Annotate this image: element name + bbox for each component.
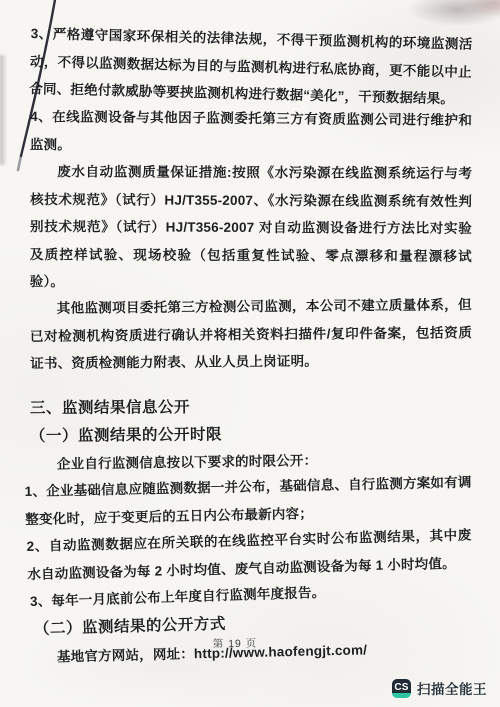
scanned-document-page: 3、严格遵守国家环保相关的法律法规，不得干预监测机构的环境监测活动，不得以监测数… <box>0 0 500 707</box>
document-body: 3、严格遵守国家环保相关的法律法规，不得干预监测机构的环境监测活动，不得以监测数… <box>30 20 472 671</box>
camscanner-watermark: CS 扫描全能王 <box>392 678 487 698</box>
paragraph-item-3-compliance: 3、严格遵守国家环保相关的法律法规，不得干预监测机构的环境监测活动，不得以监测数… <box>29 20 473 113</box>
camscanner-label: 扫描全能王 <box>417 678 487 698</box>
paragraph-third-party-testing: 其他监测项目委托第三方检测公司监测，本公司不建立质量体系，但已对检测机构资质进行… <box>30 291 473 377</box>
paragraph-wastewater-qa: 废水自动监测质量保证措施:按照《水污染源在线监测系统运行与考核技术规范》（试行）… <box>30 158 473 297</box>
paragraph-item-4-online-equipment: 4、在线监测设备与其他因子监测委托第三方有资质监测公司进行维护和监测。 <box>30 103 472 162</box>
section-heading-info-disclosure: 三、监测结果信息公开 <box>30 392 472 422</box>
scan-left-edge-smudge <box>0 55 7 165</box>
camscanner-logo-icon: CS <box>392 679 411 698</box>
page-number: 第 19 页 <box>213 636 258 651</box>
